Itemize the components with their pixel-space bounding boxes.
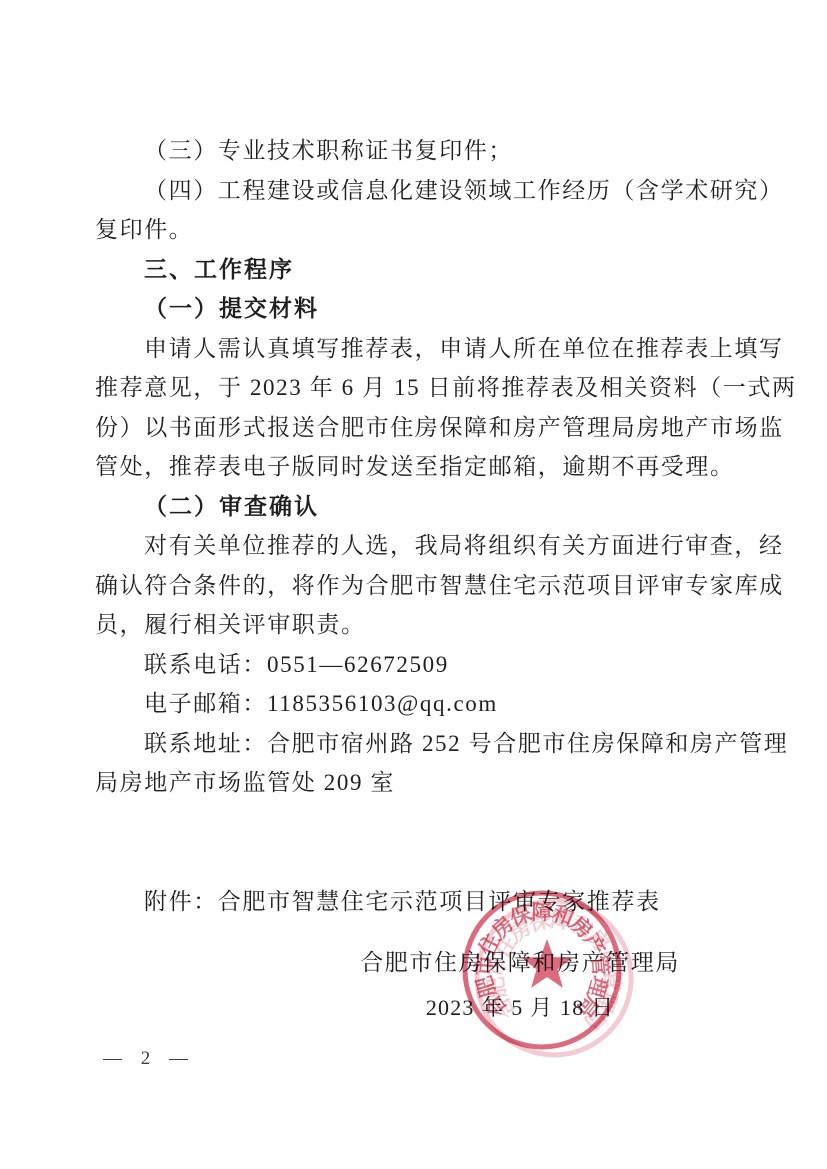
section-heading: 三、工作程序 [95, 250, 745, 290]
contact-address-line: 联系地址：合肥市宿州路 252 号合肥市住房保障和房产管理 [95, 724, 745, 764]
document-page: （三）专业技术职称证书复印件； （四）工程建设或信息化建设领域工作经历（含学术研… [0, 0, 827, 1169]
doc-line: 对有关单位推荐的人选，我局将组织有关方面进行审查，经 [95, 526, 745, 566]
doc-line: 份）以书面形式报送合肥市住房保障和房产管理局房地产市场监 [95, 408, 745, 448]
page-number: — 2 — [103, 1048, 195, 1070]
contact-phone-line: 联系电话：0551—62672509 [95, 645, 745, 685]
subsection-heading: （一）提交材料 [95, 289, 745, 329]
document-body: （三）专业技术职称证书复印件； （四）工程建设或信息化建设领域工作经历（含学术研… [95, 131, 745, 921]
official-seal-ghost: 合肥市住房保障和房产管理局 [460, 884, 649, 1073]
doc-line: 确认符合条件的，将作为合肥市智慧住宅示范项目评审专家库成 [95, 566, 745, 606]
doc-line: 管处，推荐表电子版同时发送至指定邮箱，逾期不再受理。 [95, 447, 745, 487]
doc-line: 申请人需认真填写推荐表，申请人所在单位在推荐表上填写 [95, 329, 745, 369]
contact-email-line: 电子邮箱：1185356103@qq.com [95, 684, 745, 724]
doc-line: （四）工程建设或信息化建设领域工作经历（含学术研究） [95, 171, 745, 211]
doc-line: 员，履行相关评审职责。 [95, 605, 745, 645]
doc-line: 推荐意见，于 2023 年 6 月 15 日前将推荐表及相关资料（一式两 [95, 368, 745, 408]
doc-line: （三）专业技术职称证书复印件； [95, 131, 745, 171]
svg-text:保: 保 [527, 908, 553, 935]
doc-line: 复印件。 [95, 210, 745, 250]
contact-address-line: 局房地产市场监管处 209 室 [95, 763, 745, 803]
subsection-heading: （二）审查确认 [95, 487, 745, 527]
